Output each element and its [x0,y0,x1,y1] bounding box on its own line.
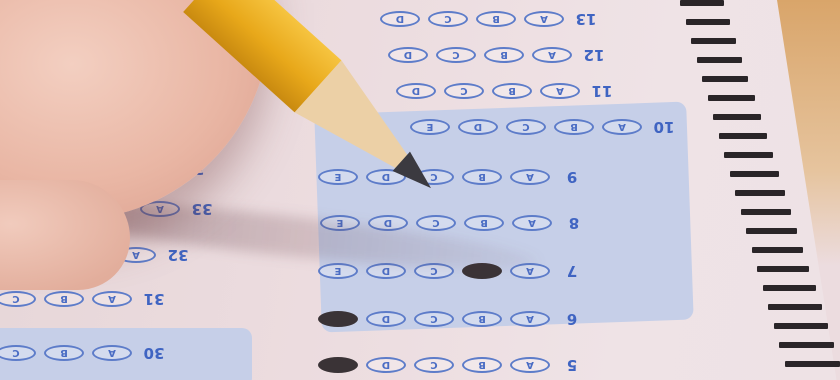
bubble-a[interactable]: A [510,169,550,185]
answer-row-q10: EDCBA10 [410,118,678,136]
bubble-d[interactable]: D [366,311,406,327]
question-number: 12 [580,46,608,64]
timing-mark [768,304,822,310]
question-number: 9 [558,168,586,186]
bubble-a[interactable]: A [510,311,550,327]
bubble-d[interactable]: D [458,119,498,135]
question-number: 31 [140,290,168,308]
bubble-c[interactable]: C [0,345,36,361]
bubble-e[interactable]: E [318,263,358,279]
bubble-b[interactable]: B [462,311,502,327]
question-number: 32 [164,246,192,264]
bubble-e[interactable]: E [318,311,358,327]
bubble-a[interactable]: A [524,11,564,27]
bubble-a[interactable]: A [602,119,642,135]
bubble-c[interactable]: C [0,291,36,307]
question-number: 8 [560,214,588,232]
timing-mark [680,0,724,6]
bubble-c[interactable]: C [428,11,468,27]
bubble-c[interactable]: C [414,311,454,327]
timing-mark [719,133,767,139]
answer-row-q5: EDCBA5 [318,356,586,374]
bubble-a[interactable]: A [540,83,580,99]
bubble-a[interactable]: A [510,357,550,373]
bubble-d[interactable]: D [366,357,406,373]
answer-row-q11: DCBA11 [396,82,616,100]
answer-row-q13: DCBA13 [380,10,600,28]
timing-mark [746,228,797,234]
answer-row-q30: CBA30 [0,344,168,362]
bubble-b[interactable]: B [492,83,532,99]
timing-mark [763,285,816,291]
bubble-a[interactable]: A [512,215,552,231]
question-number: 30 [140,344,168,362]
timing-mark [708,95,755,101]
bubble-b[interactable]: B [554,119,594,135]
bubble-c[interactable]: C [506,119,546,135]
timing-mark [752,247,804,253]
bubble-b[interactable]: B [462,357,502,373]
answer-row-q31: CBA31 [0,290,168,308]
bubble-b[interactable]: B [484,47,524,63]
bubble-e[interactable]: E [318,169,358,185]
timing-mark [724,152,773,158]
question-number: 5 [558,356,586,374]
bubble-b[interactable]: B [44,291,84,307]
bubble-d[interactable]: D [388,47,428,63]
bubble-d[interactable]: D [396,83,436,99]
bubble-b[interactable]: B [464,215,504,231]
bubble-b[interactable]: B [476,11,516,27]
bubble-e[interactable]: E [318,357,358,373]
question-number: 11 [588,82,616,100]
question-number: 6 [558,310,586,328]
answer-row-q12: DCBA12 [388,46,608,64]
timing-mark [779,342,834,348]
timing-mark [730,171,779,177]
bubble-c[interactable]: C [414,357,454,373]
bubble-c[interactable]: C [436,47,476,63]
bubble-a[interactable]: A [532,47,572,63]
timing-mark [735,190,785,196]
question-number: 13 [572,10,600,28]
bubble-b[interactable]: B [44,345,84,361]
timing-mark [702,76,748,82]
timing-mark [691,38,736,44]
bubble-c[interactable]: C [444,83,484,99]
question-number: 10 [650,118,678,136]
timing-mark [713,114,761,120]
answer-row-q6: EDCBA6 [318,310,586,328]
timing-mark [757,266,809,272]
bubble-d[interactable]: D [380,11,420,27]
timing-mark [697,57,743,63]
finger [0,180,130,290]
timing-mark [774,323,828,329]
answer-sheet-photo: DCBA13DCBA12DCBA11EDCBA10EDCBA9EDCBA8EDC… [0,0,840,380]
timing-mark [741,209,792,215]
question-number: 7 [558,262,586,280]
bubble-a[interactable]: A [92,291,132,307]
timing-mark [785,361,840,367]
bubble-a[interactable]: A [92,345,132,361]
timing-mark [686,19,731,25]
